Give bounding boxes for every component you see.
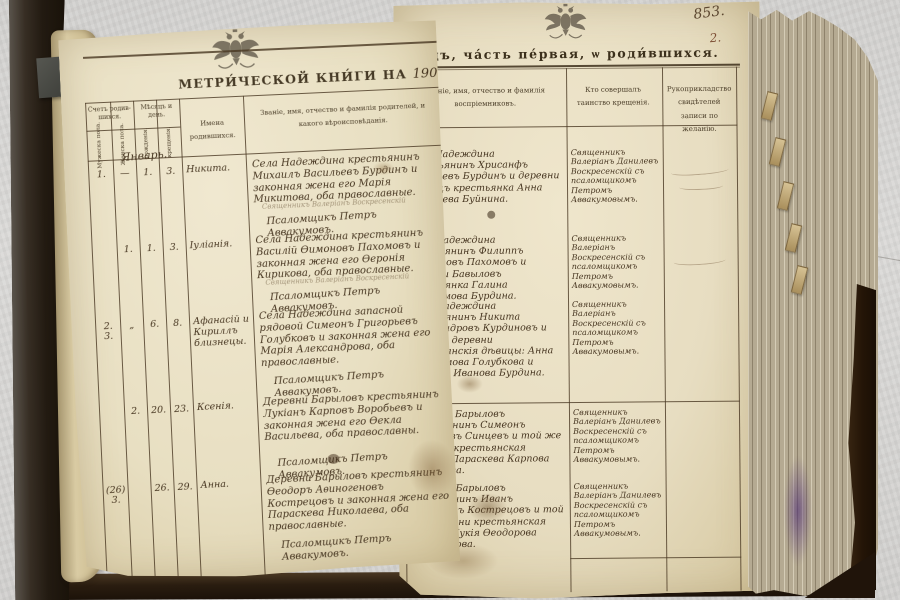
day-baptism: 29. (174, 482, 195, 493)
signature-scribble (679, 182, 723, 191)
signature-scribble (671, 165, 729, 178)
column-header-signatures: Рукоприкладство свидѣтелей записи по жел… (666, 83, 732, 137)
column-divider (662, 67, 668, 591)
column-header-clergy: Кто совершалъ таинство крещенія. (570, 83, 656, 110)
row-divider-partial (570, 557, 741, 559)
day-birth: 6. (144, 319, 165, 330)
count-female (128, 484, 149, 485)
count-male (94, 246, 116, 247)
day-birth: 1. (141, 244, 162, 255)
clergy-entry: Священникъ Валеріанъ Данилевъ Воскресенс… (574, 481, 662, 538)
count-female: 1. (118, 245, 139, 256)
table-border-right (736, 67, 742, 591)
ink-spot (487, 211, 495, 219)
month-header: Январь. (121, 148, 168, 165)
clergy-entry: Священникъ Валеріанъ Воскресенскій съ пс… (571, 233, 659, 290)
count-female: 2. (125, 406, 146, 417)
child-name: Никита. (186, 162, 244, 176)
right-page-title: о́дъ, ча́сть пе́рвая, ѡ роди́вшихся. (398, 45, 742, 64)
column-header-parents: Званіе, имя, отчество и фамилія родителе… (251, 99, 434, 133)
clergy-entry: Священникъ Валеріанъ Данилевъ Воскресенс… (573, 407, 661, 464)
column-header-count: Счетъ родив-шихся. (85, 105, 134, 123)
day-baptism: 3. (164, 242, 185, 253)
count-male (101, 407, 123, 408)
left-page: МЕТРИ́ЧЕСКОЙ КНИ́ГИ НА 1900 г. Счетъ род… (58, 19, 460, 584)
book-photograph: 853. 2. о́дъ, ча́сть пе́рвая, ѡ роди́вши… (0, 0, 900, 600)
purple-ink-stain (784, 456, 812, 566)
count-male: 2. 3. (97, 322, 120, 344)
child-name: Афанасій и Кириллъ близнецы. (193, 314, 252, 350)
clergy-entry: Священникъ Валеріанъ Воскресенскій съ пс… (572, 299, 660, 356)
column-divider (566, 68, 572, 592)
day-birth: 1. (137, 168, 158, 179)
child-name: Ксенія. (197, 399, 255, 413)
day-baptism: 8. (167, 318, 188, 329)
count-male: 1. (90, 170, 112, 181)
child-name: Анна. (200, 477, 258, 491)
day-baptism: 3. (160, 167, 181, 178)
page-number-secondary: 2. (709, 30, 722, 45)
imperial-eagle-emblem (541, 2, 589, 44)
paper-stain (457, 375, 483, 393)
day-birth: 20. (148, 405, 169, 416)
parents-entry: Деревни Барыловъ крестьянинъ Лукіанъ Кар… (263, 389, 451, 445)
day-baptism: 23. (171, 404, 192, 415)
paper-stain (468, 493, 508, 523)
subcolumn-male: Мужеска пола. (86, 130, 112, 161)
day-birth: 26. (151, 483, 172, 494)
signature-scribble (673, 255, 725, 266)
clerk-signature: Псаломщикъ Петръ Аввакумовъ. (281, 529, 458, 564)
column-header-names: Имена родившихся. (182, 116, 243, 145)
row-divider (405, 401, 740, 405)
page-number-handwritten: 853. (693, 3, 726, 23)
parents-entry: Села Надеждина запасной рядовой Симеонъ … (259, 303, 447, 370)
count-female: „ (121, 320, 142, 331)
child-name: Іуліанія. (189, 238, 247, 252)
count-male: (26) 3. (104, 485, 127, 507)
count-female: — (114, 169, 135, 180)
column-header-date: Мѣсяцъ и день. (133, 103, 180, 121)
clergy-entry: Священникъ Валеріанъ Данилевъ Воскресенс… (571, 147, 659, 204)
